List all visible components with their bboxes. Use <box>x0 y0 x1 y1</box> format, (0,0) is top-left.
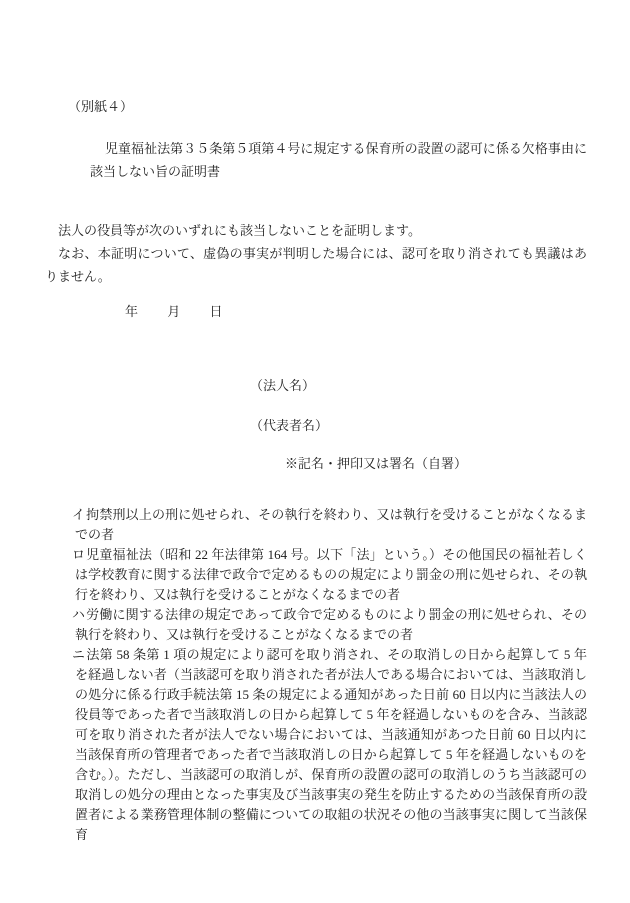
item-text: 労働に関する法律の規定であって政令で定めるものにより罰金の刑に処せられ、その執行… <box>75 607 587 642</box>
item-text: 児童福祉法（昭和 22 年法律第 164 号。以下「法」という。）その他国民の福… <box>75 547 587 602</box>
day-label: 日 <box>210 300 223 323</box>
attachment-number-label: （別紙４） <box>68 95 587 118</box>
item-marker: ハ <box>72 605 86 625</box>
list-item-ro: ロ児童福祉法（昭和 22 年法律第 164 号。以下「法」という。）その他国民の… <box>75 545 587 605</box>
month-label: 月 <box>167 300 180 323</box>
item-marker: イ <box>72 505 86 525</box>
date-line: 年 月 日 <box>125 300 587 323</box>
document-page: （別紙４） 児童福祉法第３５条第５項第４号に規定する保育所の設置の認可に係る欠格… <box>0 0 630 903</box>
certification-statement: 法人の役員等が次のいずれにも該当しないことを証明します。 <box>45 219 587 242</box>
item-marker: ロ <box>72 545 86 565</box>
list-item-ha: ハ労働に関する法律の規定であって政令で定めるものにより罰金の刑に処せられ、その執… <box>75 605 587 645</box>
corporate-name-field-label: （法人名） <box>250 374 587 397</box>
list-item-ni: ニ法第 58 条第 1 項の規定により認可を取り消され、その取消しの日から起算し… <box>75 645 587 845</box>
item-marker: ニ <box>72 645 86 665</box>
disclaimer-statement: なお、本証明について、虚偽の事実が判明した場合には、認可を取り消されても異議はあ… <box>45 242 587 288</box>
representative-name-field-label: （代表者名） <box>250 414 587 437</box>
signature-instruction-note: ※記名・押印又は署名（自署） <box>285 452 587 475</box>
document-title: 児童福祉法第３５条第５項第４号に規定する保育所の設置の認可に係る欠格事由に該当し… <box>90 137 587 183</box>
year-label: 年 <box>125 300 138 323</box>
item-text: 法第 58 条第 1 項の規定により認可を取り消され、その取消しの日から起算して… <box>75 647 587 842</box>
disqualification-items-list: イ拘禁刑以上の刑に処せられ、その執行を終わり、又は執行を受けることがなくなるまで… <box>45 505 587 845</box>
item-text: 拘禁刑以上の刑に処せられ、その執行を終わり、又は執行を受けることがなくなるまでの… <box>75 507 587 542</box>
list-item-i: イ拘禁刑以上の刑に処せられ、その執行を終わり、又は執行を受けることがなくなるまで… <box>75 505 587 545</box>
